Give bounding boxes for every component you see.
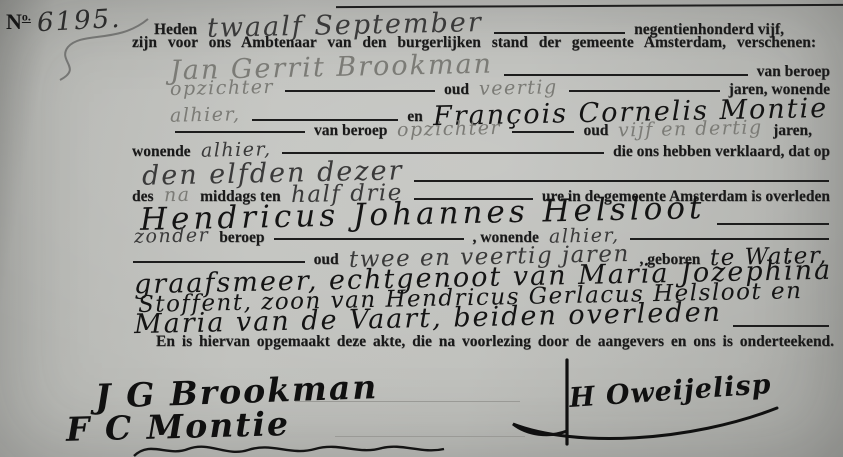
printed-text: jaren, <box>773 122 812 140</box>
rule-line <box>175 131 305 133</box>
document-line: van beroepopzichteroudvijf en dertigjare… <box>128 118 834 140</box>
rule-line <box>274 238 464 240</box>
document-line: En is hiervan opgemaakt deze akte, die n… <box>128 333 834 351</box>
signature-official: H Oweijelisp <box>505 358 785 450</box>
rule-line <box>569 90 720 92</box>
guide-line <box>335 436 525 437</box>
rule-line <box>630 238 829 240</box>
rule-line <box>285 90 435 92</box>
handwritten-text: vijf en dertig <box>618 116 763 141</box>
printed-text: van beroep <box>314 122 387 140</box>
printed-text: oud <box>583 122 608 140</box>
rule-line <box>512 131 574 133</box>
partial-signature-stroke <box>130 444 450 457</box>
printed-text: En is hiervan opgemaakt deze akte, die n… <box>156 333 834 351</box>
rule-line <box>733 325 829 327</box>
handwritten-text: opzichter <box>397 117 501 141</box>
death-certificate-scan: No. 6195. Hedentwaalf Septembernegentien… <box>0 0 843 457</box>
signature-declarant-2: F C Montie <box>66 404 291 449</box>
rule-line <box>282 152 604 154</box>
document-line: Maria van de Vaart, beiden overleden <box>128 303 834 334</box>
